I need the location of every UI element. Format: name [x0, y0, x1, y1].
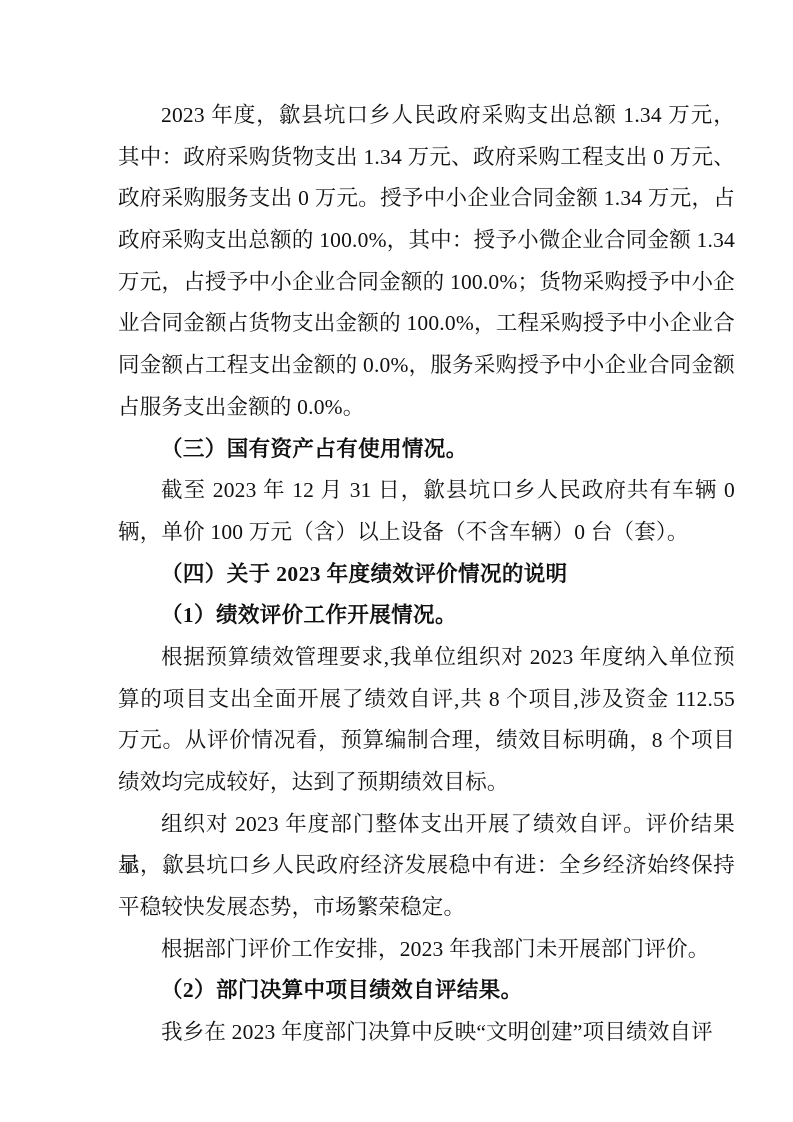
text-line: 业合同金额占货物支出金额的 100.0%，工程采购授予中小企业合 — [118, 303, 735, 345]
text-line: 截至 2023 年 12 月 31 日，歙县坑口乡人民政府共有车辆 0 — [118, 470, 735, 512]
text-line: 辆，单价 100 万元（含）以上设备（不含车辆）0 台（套）。 — [118, 512, 735, 554]
text-line: 组织对 2023 年度部门整体支出开展了绩效自评。评价结果显 — [118, 804, 735, 846]
document-body: 2023 年度，歙县坑口乡人民政府采购支出总额 1.34 万元， 其中：政府采购… — [118, 95, 735, 1054]
document-page: 2023 年度，歙县坑口乡人民政府采购支出总额 1.34 万元， 其中：政府采购… — [0, 0, 793, 1122]
text-line: 我乡在 2023 年度部门决算中反映“文明创建”项目绩效自评 — [118, 1012, 735, 1054]
text-line: 2023 年度，歙县坑口乡人民政府采购支出总额 1.34 万元， — [118, 95, 735, 137]
text-line: 示，歙县坑口乡人民政府经济发展稳中有进：全乡经济始终保持 — [118, 845, 735, 887]
text-line: 政府采购服务支出 0 万元。授予中小企业合同金额 1.34 万元，占 — [118, 178, 735, 220]
text-line: 万元，占授予中小企业合同金额的 100.0%；货物采购授予中小企 — [118, 262, 735, 304]
subsection-heading-self-evaluation-results: （2）部门决算中项目绩效自评结果。 — [118, 970, 735, 1012]
text-line: 占服务支出金额的 0.0%。 — [118, 387, 735, 429]
text-line: 根据部门评价工作安排，2023 年我部门未开展部门评价。 — [118, 929, 735, 971]
subsection-heading-evaluation-work: （1）绩效评价工作开展情况。 — [118, 595, 735, 637]
text-line: 根据预算绩效管理要求,我单位组织对 2023 年度纳入单位预 — [118, 637, 735, 679]
text-line: 万元。从评价情况看，预算编制合理，绩效目标明确，8 个项目 — [118, 720, 735, 762]
text-line: 同金额占工程支出金额的 0.0%，服务采购授予中小企业合同金额 — [118, 345, 735, 387]
text-line: 算的项目支出全面开展了绩效自评,共 8 个项目,涉及资金 112.55 — [118, 679, 735, 721]
section-heading-state-assets: （三）国有资产占有使用情况。 — [118, 429, 735, 471]
text-line: 绩效均完成较好，达到了预期绩效目标。 — [118, 762, 735, 804]
text-line: 政府采购支出总额的 100.0%，其中：授予小微企业合同金额 1.34 — [118, 220, 735, 262]
text-line: 平稳较快发展态势，市场繁荣稳定。 — [118, 887, 735, 929]
text-line: 其中：政府采购货物支出 1.34 万元、政府采购工程支出 0 万元、 — [118, 137, 735, 179]
section-heading-performance-evaluation: （四）关于 2023 年度绩效评价情况的说明 — [118, 554, 735, 596]
